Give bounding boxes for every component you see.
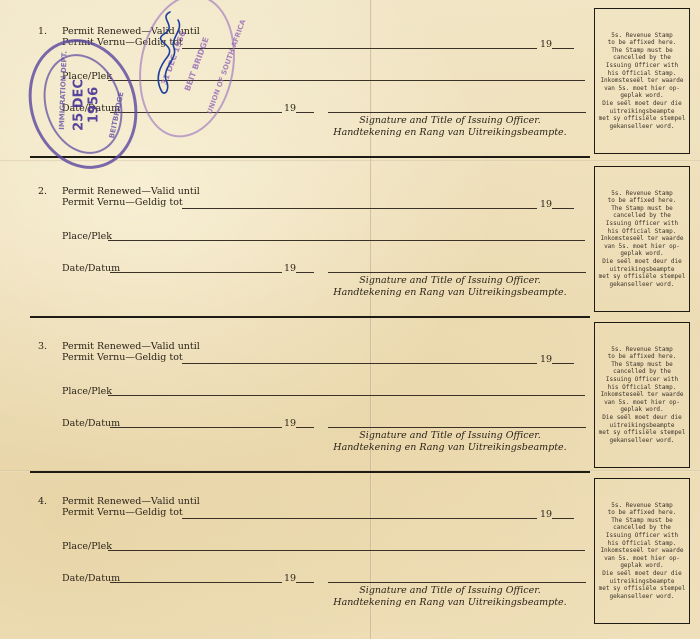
date-year-prefix: 19 (284, 573, 296, 584)
renewed-label-af: Permit Vernu—Geldig tot (62, 197, 183, 208)
date-year-field[interactable] (296, 582, 314, 583)
renewed-label: Permit Renewed—Valid until (62, 496, 200, 507)
signature-caption-en: Signature and Title of Issuing Officer. (300, 115, 600, 127)
signature-caption-en: Signature and Title of Issuing Officer. (300, 585, 600, 597)
section-number: 2. (38, 186, 47, 197)
revenue-stamp-box: 5s. Revenue Stamp to be affixed here. Th… (594, 478, 690, 624)
signature-field[interactable] (328, 427, 586, 428)
renewed-label-af: Permit Vernu—Geldig tot (62, 507, 183, 518)
place-field[interactable] (108, 240, 585, 241)
valid-until-year-field[interactable] (552, 208, 574, 209)
valid-until-year-field[interactable] (552, 48, 574, 49)
signature-caption-en: Signature and Title of Issuing Officer. (300, 430, 600, 442)
signature-caption: Signature and Title of Issuing Officer. … (300, 585, 600, 609)
revenue-stamp-box: 5s. Revenue Stamp to be affixed here. Th… (594, 322, 690, 468)
signature-caption-af: Handtekening en Rang van Uitreikingsbeam… (300, 287, 600, 299)
date-year-field[interactable] (296, 112, 314, 113)
date-year-prefix: 19 (284, 418, 296, 429)
revenue-stamp-instructions: 5s. Revenue Stamp to be affixed here. Th… (596, 346, 689, 445)
valid-until-field[interactable] (182, 518, 537, 519)
revenue-stamp-instructions: 5s. Revenue Stamp to be affixed here. Th… (596, 502, 689, 601)
place-field[interactable] (108, 395, 585, 396)
place-label: Place/Plek (62, 386, 112, 397)
date-year-field[interactable] (296, 427, 314, 428)
date-field[interactable] (110, 582, 282, 583)
date-year-prefix: 19 (284, 263, 296, 274)
place-label: Place/Plek (62, 541, 112, 552)
revenue-stamp-box: 5s. Revenue Stamp to be affixed here. Th… (594, 8, 690, 154)
renewed-label: Permit Renewed—Valid until (62, 186, 200, 197)
place-field[interactable] (108, 550, 585, 551)
signature-caption: Signature and Title of Issuing Officer. … (300, 430, 600, 454)
place-label: Place/Plek (62, 231, 112, 242)
renewed-label-af: Permit Vernu—Geldig tot (62, 352, 183, 363)
valid-until-year-prefix: 19 (540, 199, 552, 210)
signature-caption: Signature and Title of Issuing Officer. … (300, 275, 600, 299)
section-number: 4. (38, 496, 47, 507)
date-year-prefix: 19 (284, 103, 296, 114)
valid-until-year-prefix: 19 (540, 509, 552, 520)
stamp-date: 25 DEC 1956 (71, 60, 101, 150)
signature-caption-af: Handtekening en Rang van Uitreikingsbeam… (300, 127, 600, 139)
signature-caption: Signature and Title of Issuing Officer. … (300, 115, 600, 139)
handwritten-signature (148, 8, 188, 98)
date-year-field[interactable] (296, 272, 314, 273)
signature-field[interactable] (328, 112, 586, 113)
valid-until-year-prefix: 19 (540, 354, 552, 365)
date-field[interactable] (110, 427, 282, 428)
section-number: 1. (38, 26, 47, 37)
valid-until-year-field[interactable] (552, 518, 574, 519)
valid-until-field[interactable] (182, 208, 537, 209)
valid-until-year-field[interactable] (552, 363, 574, 364)
valid-until-field[interactable] (182, 363, 537, 364)
section-number: 3. (38, 341, 47, 352)
revenue-stamp-box: 5s. Revenue Stamp to be affixed here. Th… (594, 166, 690, 312)
signature-caption-af: Handtekening en Rang van Uitreikingsbeam… (300, 597, 600, 609)
revenue-stamp-instructions: 5s. Revenue Stamp to be affixed here. Th… (596, 190, 689, 289)
signature-field[interactable] (328, 582, 586, 583)
signature-caption-en: Signature and Title of Issuing Officer. (300, 275, 600, 287)
renewed-label: Permit Renewed—Valid until (62, 341, 200, 352)
signature-caption-af: Handtekening en Rang van Uitreikingsbeam… (300, 442, 600, 454)
valid-until-year-prefix: 19 (540, 39, 552, 50)
revenue-stamp-instructions: 5s. Revenue Stamp to be affixed here. Th… (596, 32, 689, 131)
date-field[interactable] (110, 272, 282, 273)
signature-field[interactable] (328, 272, 586, 273)
